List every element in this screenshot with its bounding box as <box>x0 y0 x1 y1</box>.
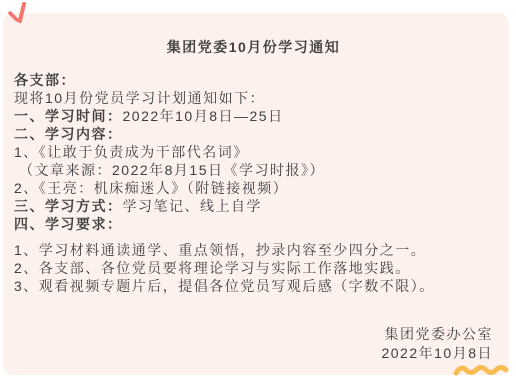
signature-block: 集团党委办公室 2022年10月8日 <box>14 325 493 362</box>
section-time-label: 一、学习时间： <box>14 108 123 124</box>
content-item-2: 2、《王亮：机床痴迷人》（附链接视频） <box>14 179 493 197</box>
section-require-label: 四、学习要求： <box>14 216 123 232</box>
notice-page: 集团党委10月份学习通知 各支部： 现将10月份党员学习计划通知如下： 一、学习… <box>0 0 516 383</box>
content-item-1-source: （文章来源：2022年8月15日《学习时报》） <box>14 161 493 179</box>
notice-card: 集团党委10月份学习通知 各支部： 现将10月份党员学习计划通知如下： 一、学习… <box>3 13 509 375</box>
section-time-line: 一、学习时间：2022年10月8日—25日 <box>14 107 493 125</box>
notice-title: 集团党委10月份学习通知 <box>14 38 493 57</box>
section-method-label: 三、学习方式： <box>14 198 123 214</box>
content-item-1: 1、《让敢于负责成为干部代名词》 <box>14 143 493 161</box>
salutation-line: 各支部： <box>14 71 493 89</box>
intro-line: 现将10月份党员学习计划通知如下： <box>14 89 493 107</box>
require-item-1: 1、学习材料通读通学、重点领悟，抄录内容至少四分之一。 <box>14 241 493 259</box>
section-time-value: 2022年10月8日—25日 <box>123 108 284 124</box>
section-require-line: 四、学习要求： <box>14 215 493 233</box>
require-item-2: 2、各支部、各位党员要将理论学习与实际工作落地实践。 <box>14 259 493 277</box>
signature-org: 集团党委办公室 <box>14 325 493 344</box>
signature-date: 2022年10月8日 <box>14 344 493 363</box>
section-content-line: 二、学习内容： <box>14 125 493 143</box>
section-content-label: 二、学习内容： <box>14 126 123 142</box>
section-method-line: 三、学习方式：学习笔记、线上自学 <box>14 197 493 215</box>
notice-content: 集团党委10月份学习通知 各支部： 现将10月份党员学习计划通知如下： 一、学习… <box>3 13 509 362</box>
section-method-value: 学习笔记、线上自学 <box>123 198 263 214</box>
require-item-3: 3、观看视频专题片后，提倡各位党员写观后感（字数不限）。 <box>14 277 493 295</box>
